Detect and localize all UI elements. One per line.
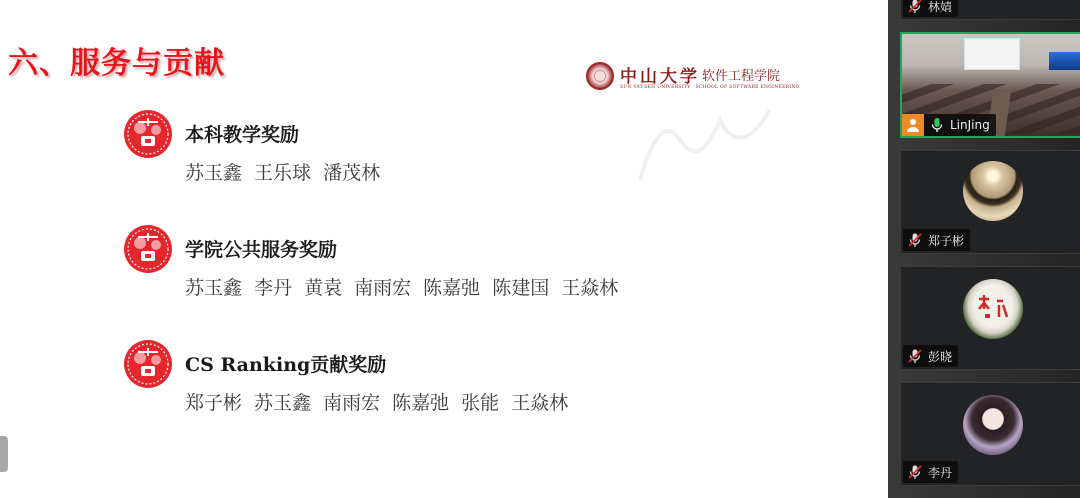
participant-name-tag: LinJing: [902, 114, 996, 136]
logo-english-text: SUN YAT-SEN UNIVERSITY SCHOOL OF SOFTWAR…: [620, 85, 800, 90]
university-name-cn: 中山大学: [620, 62, 700, 87]
school-name-cn: 软件工程学院: [702, 65, 780, 84]
award-cs-ranking: CS Ranking贡献奖励 郑子彬 苏玉鑫 南雨宏 陈嘉弛 张能 王焱林: [122, 338, 822, 422]
paper-cut-fu-icon: [122, 223, 174, 275]
participant-name: 林婧: [928, 0, 952, 15]
mic-muted-icon: [907, 464, 923, 480]
participant-panel[interactable]: 林婧 LinJing: [888, 0, 1080, 498]
award-undergrad-teaching: 本科教学奖励 苏玉鑫 王乐球 潘茂林: [122, 108, 822, 192]
university-seal-icon: [586, 62, 614, 90]
paper-cut-fu-icon: [122, 338, 174, 390]
presenter-icon: [902, 114, 924, 136]
classroom-projector-screen: [964, 38, 1020, 70]
slide-panel-handle[interactable]: [0, 436, 8, 472]
participant-tile-active-speaker[interactable]: LinJing: [900, 32, 1080, 138]
award-title: CS Ranking贡献奖励: [185, 350, 386, 377]
mic-muted-icon: [907, 0, 923, 14]
participant-name-tag: 彭晓: [903, 345, 958, 367]
award-recipients: 苏玉鑫 李丹 黄袁 南雨宏 陈嘉弛 陈建国 王焱林: [185, 273, 618, 300]
participant-tile[interactable]: 林婧: [900, 0, 1080, 20]
mic-muted-icon: [907, 348, 923, 364]
participant-name-tag: 郑子彬: [903, 229, 970, 251]
participant-avatar: [963, 161, 1023, 221]
participant-avatar: [963, 279, 1023, 339]
participant-tile[interactable]: 郑子彬: [900, 150, 1080, 254]
participant-avatar: [963, 395, 1023, 455]
slide-title: 六、服务与贡献: [8, 38, 225, 82]
participant-name: 彭晓: [928, 348, 952, 365]
award-recipients: 苏玉鑫 王乐球 潘茂林: [185, 158, 380, 185]
participant-tile[interactable]: 彭晓: [900, 266, 1080, 370]
participant-tile[interactable]: 李丹: [900, 382, 1080, 486]
shared-slide: 六、服务与贡献 中山大学 软件工程学院 SUN YAT-SEN UNIVERSI…: [0, 0, 888, 498]
award-public-service: 学院公共服务奖励 苏玉鑫 李丹 黄袁 南雨宏 陈嘉弛 陈建国 王焱林: [122, 223, 822, 307]
participant-name-tag: 李丹: [903, 461, 958, 483]
participant-name: 李丹: [928, 464, 952, 481]
mic-muted-icon: [907, 232, 923, 248]
school-name-en: SCHOOL OF SOFTWARE ENGINEERING: [696, 85, 800, 90]
university-name-en: SUN YAT-SEN UNIVERSITY: [620, 85, 690, 90]
participant-name-tag: 林婧: [903, 0, 958, 17]
award-title: 学院公共服务奖励: [185, 235, 337, 262]
award-title: 本科教学奖励: [185, 120, 299, 147]
classroom-tv: [1049, 52, 1080, 70]
award-recipients: 郑子彬 苏玉鑫 南雨宏 陈嘉弛 张能 王焱林: [185, 388, 568, 415]
participant-name: 郑子彬: [928, 232, 964, 249]
participant-name: LinJing: [950, 118, 990, 132]
mic-active-icon: [929, 117, 945, 133]
paper-cut-fu-icon: [122, 108, 174, 160]
university-logo: 中山大学 软件工程学院 SUN YAT-SEN UNIVERSITY SCHOO…: [586, 60, 796, 94]
